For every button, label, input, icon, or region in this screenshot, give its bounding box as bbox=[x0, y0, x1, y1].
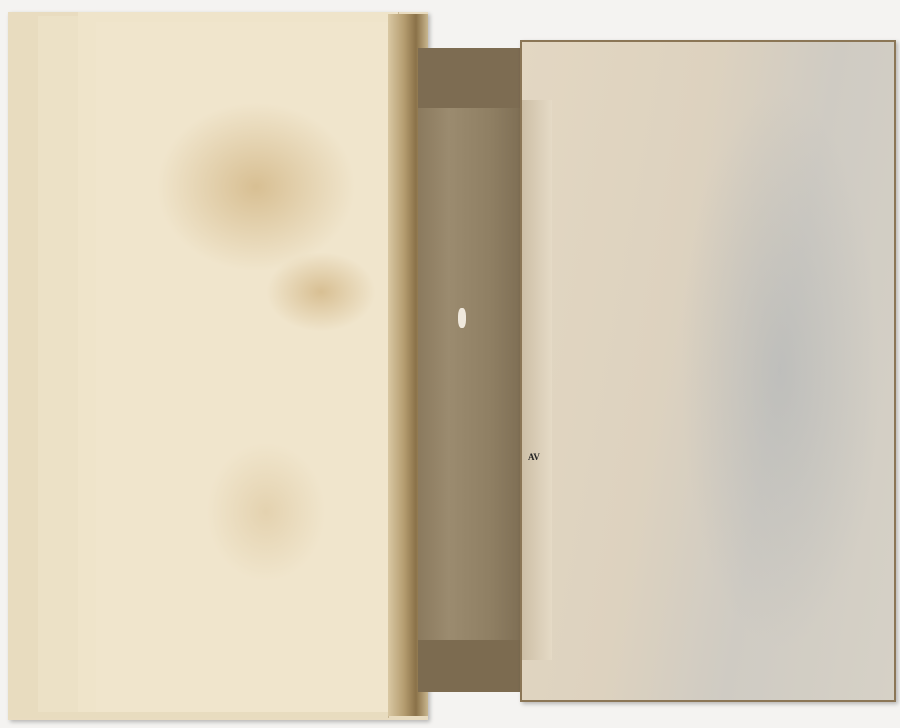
water-stain bbox=[206, 442, 326, 582]
left-leaf-stack bbox=[8, 12, 428, 720]
spine-head bbox=[418, 48, 522, 108]
water-stain bbox=[156, 102, 356, 272]
leaf bbox=[96, 22, 397, 712]
spine-hole bbox=[458, 308, 466, 328]
water-stain bbox=[266, 252, 376, 332]
text-fragment: AV bbox=[528, 452, 540, 462]
book-spine bbox=[418, 48, 522, 690]
spine-tail bbox=[418, 640, 522, 692]
water-stain bbox=[680, 90, 880, 650]
torn-paper-strip bbox=[522, 100, 552, 660]
